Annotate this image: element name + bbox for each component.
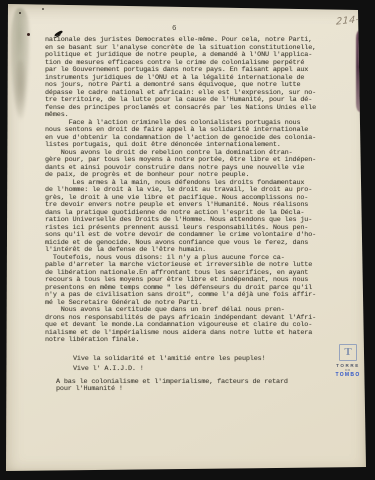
scan-background: 214— 6 nationale des juristes Democrates… (0, 0, 375, 480)
stain-right-edge (356, 30, 364, 112)
paragraph: Face à l'action criminelle des coloniali… (45, 120, 339, 150)
ink-speck (42, 8, 44, 10)
ink-speck (19, 12, 21, 14)
ink-speck (27, 33, 30, 36)
page-number: 6 (172, 25, 177, 33)
slogan-solidarity: Vive la solidarité et l'amitié entre les… (73, 356, 339, 364)
stamp-monogram-icon: T (339, 344, 357, 361)
paragraph: Nous avons le droit de rebelion contre l… (45, 150, 339, 180)
torre-do-tombo-stamp: T TORRE DO TOMBO (333, 344, 363, 378)
stain-left-lower (14, 60, 27, 122)
document-body: nationale des juristes Democrates elle-m… (45, 37, 339, 394)
paragraph: Toutefois, nous vous disons: il n'y a pl… (45, 255, 339, 308)
handwritten-page-reference: 214— (336, 13, 366, 27)
stamp-text-tombo: TOMBO (333, 372, 363, 378)
slogan-aijd: Vive l' A.I.J.D. ! (73, 366, 339, 374)
paragraph: Nous avons la certitude que dans un bref… (45, 307, 339, 345)
paragraph: nationale des juristes Democrates elle-m… (45, 37, 339, 120)
paragraph: Les armes à la main, nous défendons les … (45, 180, 339, 255)
document-page: 214— 6 nationale des juristes Democrates… (0, 0, 375, 480)
slogan-colonialism: A bas le colonialisme et l'imperialisme,… (56, 379, 339, 394)
